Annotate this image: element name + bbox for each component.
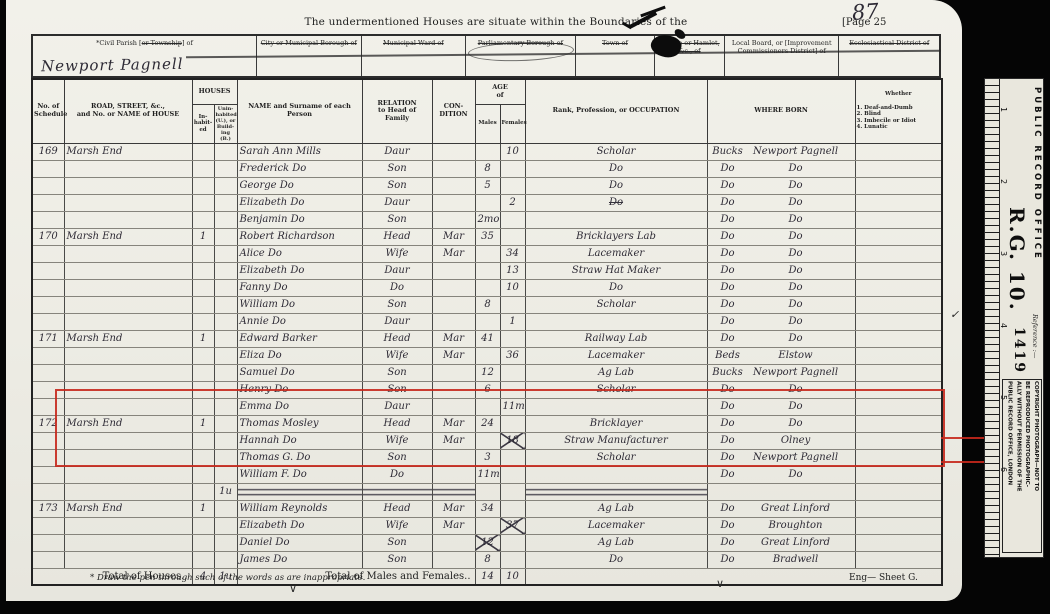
cell-where-born: BucksNewport Pagnell xyxy=(707,364,855,381)
cell-occupation xyxy=(525,466,707,483)
cell-inhabited xyxy=(192,296,214,313)
cell-relation: Daur xyxy=(362,262,432,279)
cell-infirmity xyxy=(855,279,942,296)
table-row: Samuel DoSon12Ag LabBucksNewport Pagnell xyxy=(32,364,942,381)
table-row: 170Marsh End1Robert RichardsonHeadMar35B… xyxy=(32,228,942,245)
cell-infirmity xyxy=(855,194,942,211)
cell-age-male: 41 xyxy=(475,330,500,347)
cell-occupation: Ag Lab xyxy=(525,500,707,517)
cell-where-born: DoGreat Linford xyxy=(707,534,855,551)
cell-where-born: DoDo xyxy=(707,296,855,313)
ink-scribble xyxy=(622,2,674,30)
cell-condition: Mar xyxy=(432,517,475,534)
cell-age-female: 1 xyxy=(500,313,525,330)
cell-occupation: Scholar xyxy=(525,296,707,313)
cell-occupation xyxy=(525,211,707,228)
cell-age-male: 8 xyxy=(475,551,500,568)
cell-name: William Do xyxy=(237,296,362,313)
cell-age-female: 2 xyxy=(500,194,525,211)
pro-copyright-notice: COPYRIGHT PHOTOGRAPH—NOT TOBE REPRODUCED… xyxy=(1002,379,1042,553)
page-title: The undermentioned Houses are situate wi… xyxy=(206,16,786,28)
cell-occupation: Railway Lab xyxy=(525,330,707,347)
cell-name: Elizabeth Do xyxy=(237,262,362,279)
cell-schedule xyxy=(32,296,64,313)
cell-uninhabited xyxy=(214,228,237,245)
ecclesiastical-district-box: Ecclesiastical District of xyxy=(839,36,939,76)
cell-age-male xyxy=(475,347,500,364)
cell-age-female xyxy=(500,228,525,245)
cell-uninhabited xyxy=(214,466,237,483)
cell-age-female xyxy=(500,177,525,194)
cell-infirmity xyxy=(855,296,942,313)
cell-where-born: DoDo xyxy=(707,228,855,245)
cell-age-male xyxy=(475,313,500,330)
col-age-group: AGE of xyxy=(475,79,525,104)
pen-v-mark-left: ∨ xyxy=(289,582,297,595)
cell-road xyxy=(64,313,192,330)
cell-age-female xyxy=(500,330,525,347)
cell-age-female xyxy=(500,211,525,228)
pen-check-mark: ✓ xyxy=(950,308,959,321)
cell-infirmity xyxy=(855,483,942,500)
cell-inhabited xyxy=(192,245,214,262)
sheet-label: Eng— Sheet G. xyxy=(849,573,918,583)
cell-name: Eliza Do xyxy=(237,347,362,364)
ruler-number: 4 xyxy=(999,323,1008,328)
cell-age-female xyxy=(500,500,525,517)
cell-age-female: 10 xyxy=(500,279,525,296)
cell-age-male: 8 xyxy=(475,296,500,313)
cell-name: George Do xyxy=(237,177,362,194)
cell-road xyxy=(64,160,192,177)
cell-name: Fanny Do xyxy=(237,279,362,296)
cell-where-born: DoDo xyxy=(707,245,855,262)
table-row: Frederick DoSon8DoDoDo xyxy=(32,160,942,177)
cell-occupation: Scholar xyxy=(525,143,707,160)
cell-inhabited xyxy=(192,143,214,160)
cell-uninhabited xyxy=(214,143,237,160)
cell-relation: Head xyxy=(362,500,432,517)
cell-road: Marsh End xyxy=(64,330,192,347)
cell-age-male xyxy=(475,279,500,296)
cell-where-born: DoDo xyxy=(707,313,855,330)
cell-where-born: DoBroughton xyxy=(707,517,855,534)
cell-infirmity xyxy=(855,466,942,483)
cell-uninhabited xyxy=(214,211,237,228)
table-row: Fanny DoDo10DoDoDo xyxy=(32,279,942,296)
cell-name: Daniel Do xyxy=(237,534,362,551)
table-row: Eliza DoWifeMar36LacemakerBedsElstow xyxy=(32,347,942,364)
cell-condition xyxy=(432,466,475,483)
cell-inhabited xyxy=(192,364,214,381)
cell-condition xyxy=(432,177,475,194)
cell-age-female: 10 xyxy=(500,143,525,160)
cell-relation: Do xyxy=(362,279,432,296)
cell-road xyxy=(64,194,192,211)
cell-road xyxy=(64,483,192,500)
cell-name: Edward Barker xyxy=(237,330,362,347)
cell-road xyxy=(64,262,192,279)
cell-schedule: 171 xyxy=(32,330,64,347)
cell-schedule xyxy=(32,160,64,177)
cell-inhabited xyxy=(192,551,214,568)
cell-condition xyxy=(432,262,475,279)
cell-inhabited xyxy=(192,517,214,534)
cell-where-born: BucksNewport Pagnell xyxy=(707,143,855,160)
cell-name: William F. Do xyxy=(237,466,362,483)
page-number-label: [Page 25 xyxy=(842,17,886,28)
cell-road xyxy=(64,517,192,534)
highlight-box-household-172 xyxy=(55,389,945,467)
cell-relation: Head xyxy=(362,228,432,245)
cell-relation: Head xyxy=(362,330,432,347)
cell-condition xyxy=(432,279,475,296)
cell-name: Annie Do xyxy=(237,313,362,330)
cell-road: Marsh End xyxy=(64,500,192,517)
cell-road xyxy=(64,279,192,296)
cell-age-female: 37 xyxy=(500,517,525,534)
cell-uninhabited xyxy=(214,517,237,534)
civil-parish-label-pre: *Civil Parish [ xyxy=(96,39,141,47)
cell-schedule xyxy=(32,313,64,330)
cell-inhabited xyxy=(192,466,214,483)
cell-uninhabited xyxy=(214,364,237,381)
pen-v-mark-right: ∨ xyxy=(716,577,724,590)
cell-relation: Wife xyxy=(362,347,432,364)
cell-infirmity xyxy=(855,245,942,262)
cell-inhabited xyxy=(192,534,214,551)
highlight-extension-bottom xyxy=(941,461,988,463)
cell-infirmity xyxy=(855,330,942,347)
cell-where-born: DoDo xyxy=(707,330,855,347)
cell-inhabited xyxy=(192,483,214,500)
cell-schedule xyxy=(32,194,64,211)
cell-uninhabited: 1u xyxy=(214,483,237,500)
col-infirmity-lines: 1. Deaf-and-Dumb2. Blind3. Imbecile or I… xyxy=(857,105,941,131)
cell-age-male: 12 xyxy=(475,534,500,551)
cell-occupation: Ag Lab xyxy=(525,364,707,381)
cell-name: Elizabeth Do xyxy=(237,517,362,534)
cell-inhabited: 1 xyxy=(192,500,214,517)
col-road: ROAD, STREET, &c., and No. or NAME of HO… xyxy=(64,79,192,143)
cell-where-born: DoGreat Linford xyxy=(707,500,855,517)
civil-parish-value: Newport Pagnell xyxy=(41,55,184,76)
cell-inhabited xyxy=(192,211,214,228)
cell-name: Elizabeth Do xyxy=(237,194,362,211)
cell-occupation: Do xyxy=(525,160,707,177)
public-record-office-strip: 123456 PUBLIC RECORD OFFICE Reference :—… xyxy=(984,78,1044,558)
cell-name: Alice Do xyxy=(237,245,362,262)
cell-road xyxy=(64,211,192,228)
cell-schedule xyxy=(32,347,64,364)
col-age-females: Females xyxy=(500,104,525,143)
col-infirmity-title: Whether xyxy=(857,91,941,98)
cell-age-female xyxy=(500,466,525,483)
cell-uninhabited xyxy=(214,160,237,177)
table-row: Elizabeth DoWifeMar37LacemakerDoBroughto… xyxy=(32,517,942,534)
ruler-number: 2 xyxy=(999,179,1008,184)
cell-infirmity xyxy=(855,211,942,228)
cell-name xyxy=(237,483,362,500)
cell-schedule xyxy=(32,211,64,228)
cell-schedule: 170 xyxy=(32,228,64,245)
cell-infirmity xyxy=(855,228,942,245)
cell-relation: Wife xyxy=(362,517,432,534)
table-row: Annie DoDaur1DoDo xyxy=(32,313,942,330)
cell-road xyxy=(64,296,192,313)
cell-condition: Mar xyxy=(432,500,475,517)
cell-uninhabited xyxy=(214,279,237,296)
table-row: James DoSon8DoDoBradwell xyxy=(32,551,942,568)
total-males: 14 xyxy=(475,568,500,585)
cell-age-female xyxy=(500,160,525,177)
table-row-struck: 1u xyxy=(32,483,942,500)
local-board-box: Local Board, or [Improvement Commissione… xyxy=(725,36,840,76)
cell-infirmity xyxy=(855,160,942,177)
cell-occupation: Lacemaker xyxy=(525,517,707,534)
census-rows: 169Marsh EndSarah Ann MillsDaur10Scholar… xyxy=(32,143,942,568)
cell-relation: Son xyxy=(362,534,432,551)
cell-occupation: Do xyxy=(525,177,707,194)
cell-age-male xyxy=(475,194,500,211)
cell-uninhabited xyxy=(214,534,237,551)
cell-age-male xyxy=(475,483,500,500)
cell-road xyxy=(64,177,192,194)
cell-schedule xyxy=(32,279,64,296)
cell-condition xyxy=(432,160,475,177)
cell-age-male xyxy=(475,262,500,279)
cell-uninhabited xyxy=(214,500,237,517)
cell-uninhabited xyxy=(214,177,237,194)
cell-uninhabited xyxy=(214,551,237,568)
table-row: Elizabeth DoDaur13Straw Hat MakerDoDo xyxy=(32,262,942,279)
cell-condition xyxy=(432,296,475,313)
col-houses-group: HOUSES xyxy=(192,79,237,104)
table-row: 169Marsh EndSarah Ann MillsDaur10Scholar… xyxy=(32,143,942,160)
cell-uninhabited xyxy=(214,330,237,347)
col-occupation: Rank, Profession, or OCCUPATION xyxy=(525,79,707,143)
cell-uninhabited xyxy=(214,347,237,364)
cell-infirmity xyxy=(855,262,942,279)
col-inhabited: In- habit- ed xyxy=(192,104,214,143)
cell-where-born: DoDo xyxy=(707,262,855,279)
cell-relation: Daur xyxy=(362,313,432,330)
table-row: Benjamin DoSon2moDoDo xyxy=(32,211,942,228)
cell-condition xyxy=(432,551,475,568)
cell-condition: Mar xyxy=(432,330,475,347)
table-row: Alice DoWifeMar34LacemakerDoDo xyxy=(32,245,942,262)
cell-relation xyxy=(362,483,432,500)
cell-name: Samuel Do xyxy=(237,364,362,381)
cell-inhabited xyxy=(192,177,214,194)
cell-name: Benjamin Do xyxy=(237,211,362,228)
cell-condition xyxy=(432,534,475,551)
cell-age-male: 11mo xyxy=(475,466,500,483)
cell-age-male xyxy=(475,245,500,262)
table-row: William DoSon8ScholarDoDo xyxy=(32,296,942,313)
cell-occupation xyxy=(525,313,707,330)
cell-name: Sarah Ann Mills xyxy=(237,143,362,160)
table-row: Elizabeth DoDaur2DoDoDo xyxy=(32,194,942,211)
cell-occupation: Lacemaker xyxy=(525,347,707,364)
col-relation: RELATION to Head of Family xyxy=(362,79,432,143)
highlight-extension-top xyxy=(941,437,988,439)
cell-infirmity xyxy=(855,313,942,330)
cell-relation: Wife xyxy=(362,245,432,262)
cell-condition: Mar xyxy=(432,228,475,245)
cell-infirmity xyxy=(855,347,942,364)
cell-age-female xyxy=(500,483,525,500)
cell-relation: Son xyxy=(362,551,432,568)
col-name: NAME and Surname of each Person xyxy=(237,79,362,143)
cell-relation: Son xyxy=(362,160,432,177)
cell-where-born: DoDo xyxy=(707,160,855,177)
cell-relation: Son xyxy=(362,296,432,313)
cell-infirmity xyxy=(855,534,942,551)
total-females: 10 xyxy=(500,568,525,585)
cell-relation: Son xyxy=(362,177,432,194)
cell-inhabited xyxy=(192,347,214,364)
cell-condition: Mar xyxy=(432,347,475,364)
cell-age-male: 12 xyxy=(475,364,500,381)
col-uninhabited: Unin- habited (U.), or Build- ing (B.) xyxy=(214,104,237,143)
cell-condition xyxy=(432,194,475,211)
cell-schedule xyxy=(32,466,64,483)
cell-schedule xyxy=(32,517,64,534)
cell-where-born xyxy=(707,483,855,500)
cell-inhabited xyxy=(192,262,214,279)
cell-condition: Mar xyxy=(432,245,475,262)
cell-name: William Reynolds xyxy=(237,500,362,517)
cell-age-female: 34 xyxy=(500,245,525,262)
col-condition: CON- DITION xyxy=(432,79,475,143)
ruler-number: 1 xyxy=(999,107,1008,112)
cell-age-female xyxy=(500,534,525,551)
cell-schedule xyxy=(32,364,64,381)
cell-occupation: Ag Lab xyxy=(525,534,707,551)
cell-road xyxy=(64,347,192,364)
cell-occupation: Do xyxy=(525,194,707,211)
cell-road xyxy=(64,551,192,568)
col-age-males: Males xyxy=(475,104,500,143)
census-document-sheet: 87 The undermentioned Houses are situate… xyxy=(6,0,962,601)
cell-schedule xyxy=(32,245,64,262)
cell-where-born: DoDo xyxy=(707,279,855,296)
cell-inhabited: 1 xyxy=(192,228,214,245)
cell-inhabited xyxy=(192,160,214,177)
cell-inhabited: 1 xyxy=(192,330,214,347)
cell-road xyxy=(64,534,192,551)
cell-infirmity xyxy=(855,364,942,381)
cell-occupation: Do xyxy=(525,279,707,296)
cell-relation: Daur xyxy=(362,194,432,211)
cell-age-female: 36 xyxy=(500,347,525,364)
cell-schedule xyxy=(32,483,64,500)
cell-schedule xyxy=(32,177,64,194)
cell-uninhabited xyxy=(214,245,237,262)
town-box: Town of xyxy=(576,36,656,76)
civil-parish-label-post: ] of xyxy=(182,39,193,47)
cell-condition xyxy=(432,483,475,500)
cell-road: Marsh End xyxy=(64,228,192,245)
cell-condition xyxy=(432,313,475,330)
cell-occupation: Do xyxy=(525,551,707,568)
cell-age-male: 5 xyxy=(475,177,500,194)
cell-relation: Daur xyxy=(362,143,432,160)
cell-schedule xyxy=(32,534,64,551)
cell-occupation: Bricklayers Lab xyxy=(525,228,707,245)
cell-age-female xyxy=(500,551,525,568)
cell-age-female: 13 xyxy=(500,262,525,279)
cell-age-male: 2mo xyxy=(475,211,500,228)
cell-uninhabited xyxy=(214,194,237,211)
cell-age-female xyxy=(500,364,525,381)
footnote: * Draw the pen through such of the words… xyxy=(90,573,365,583)
cell-uninhabited xyxy=(214,313,237,330)
cell-road xyxy=(64,245,192,262)
cell-condition xyxy=(432,211,475,228)
cell-where-born: DoDo xyxy=(707,211,855,228)
cell-infirmity xyxy=(855,517,942,534)
cell-occupation: Lacemaker xyxy=(525,245,707,262)
cell-road xyxy=(64,466,192,483)
cell-name: James Do xyxy=(237,551,362,568)
cell-age-male xyxy=(475,143,500,160)
cell-name: Frederick Do xyxy=(237,160,362,177)
cell-infirmity xyxy=(855,500,942,517)
cell-age-male xyxy=(475,517,500,534)
cell-schedule: 173 xyxy=(32,500,64,517)
cell-where-born: BedsElstow xyxy=(707,347,855,364)
cell-relation: Son xyxy=(362,364,432,381)
census-table: No. of Schedule ROAD, STREET, &c., and N… xyxy=(31,78,943,586)
pro-reference-piece: 1419 xyxy=(1011,327,1027,374)
cell-road xyxy=(64,364,192,381)
table-row: George DoSon5DoDoDo xyxy=(32,177,942,194)
cell-age-male: 35 xyxy=(475,228,500,245)
cell-infirmity xyxy=(855,143,942,160)
cell-age-female xyxy=(500,296,525,313)
pro-reference-label: Reference :— xyxy=(1031,314,1039,358)
cell-occupation xyxy=(525,483,707,500)
cell-condition xyxy=(432,143,475,160)
census-table-header: No. of Schedule ROAD, STREET, &c., and N… xyxy=(32,79,942,143)
cell-where-born: DoDo xyxy=(707,194,855,211)
col-where-born: WHERE BORN xyxy=(707,79,855,143)
pro-office-label: PUBLIC RECORD OFFICE xyxy=(1032,87,1042,261)
ruler xyxy=(985,79,1000,557)
cell-schedule: 169 xyxy=(32,143,64,160)
table-row: 173Marsh End1William ReynoldsHeadMar34Ag… xyxy=(32,500,942,517)
cell-where-born: DoBradwell xyxy=(707,551,855,568)
table-row: Daniel DoSon12Ag LabDoGreat Linford xyxy=(32,534,942,551)
pro-reference-series: R.G. 10. xyxy=(1005,207,1029,312)
cell-where-born: DoDo xyxy=(707,466,855,483)
cell-occupation: Straw Hat Maker xyxy=(525,262,707,279)
cell-inhabited xyxy=(192,194,214,211)
cell-relation: Son xyxy=(362,211,432,228)
table-row: 171Marsh End1Edward BarkerHeadMar41Railw… xyxy=(32,330,942,347)
cell-road: Marsh End xyxy=(64,143,192,160)
table-row: William F. DoDo11moDoDo xyxy=(32,466,942,483)
cell-condition xyxy=(432,364,475,381)
cell-name: Robert Richardson xyxy=(237,228,362,245)
cell-uninhabited xyxy=(214,296,237,313)
col-schedule: No. of Schedule xyxy=(32,79,64,143)
cell-relation: Do xyxy=(362,466,432,483)
col-infirmity: Whether 1. Deaf-and-Dumb2. Blind3. Imbec… xyxy=(855,79,942,143)
civil-parish-label-struck: or Township xyxy=(142,39,182,47)
